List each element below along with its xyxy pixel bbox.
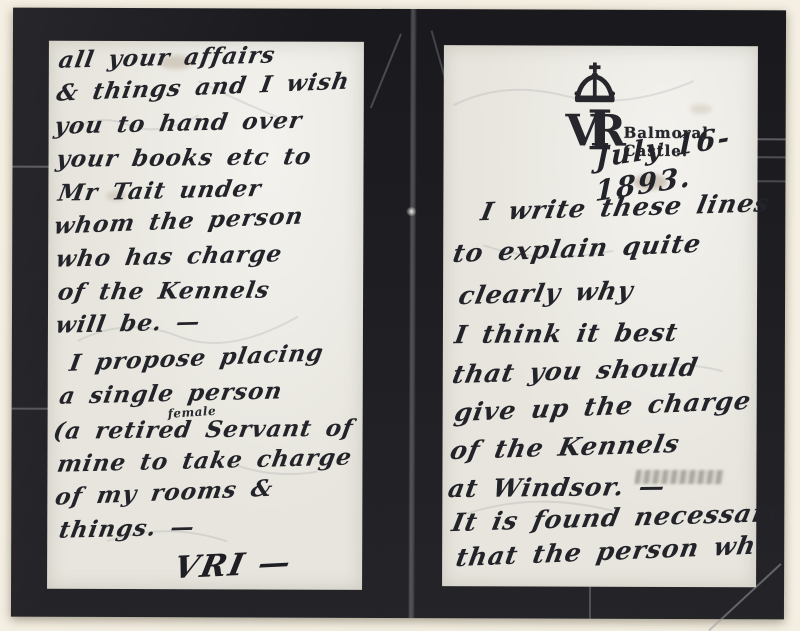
handwriting-line: of my rooms & bbox=[53, 475, 275, 511]
edge-crease bbox=[13, 166, 51, 168]
left-page: all your affairs & things and I wish you… bbox=[47, 41, 364, 590]
top-fold-crease-left bbox=[370, 34, 402, 109]
handwriting-line: I think it best bbox=[453, 318, 681, 349]
fold-wear-spot bbox=[405, 207, 417, 216]
center-fold-crease bbox=[408, 9, 417, 618]
handwriting-line: at Windsor. — bbox=[446, 472, 668, 503]
handwriting-line: that the person who bbox=[454, 530, 777, 572]
handwriting-line: that you should bbox=[450, 353, 701, 390]
handwriting-line: of the Kennels bbox=[56, 277, 272, 306]
handwriting-line: I propose placing bbox=[68, 339, 326, 376]
handwriting-line: clearly why bbox=[456, 276, 636, 310]
royal-cipher-signature: VRI — bbox=[171, 545, 296, 587]
handwriting-line: who has charge bbox=[54, 240, 285, 272]
handwriting-line: give up the charge bbox=[452, 386, 753, 427]
handwriting-line: mine to take charge bbox=[55, 444, 354, 478]
handwriting-line: & things and I wish bbox=[54, 68, 351, 107]
handwriting-line: all your affairs bbox=[57, 42, 278, 74]
mourning-letter-paper: all your affairs & things and I wish you… bbox=[11, 8, 786, 620]
handwriting-line: Mr Tait under bbox=[56, 175, 264, 207]
right-page: V R I Balmoral Castle. July 16-1893. I w… bbox=[442, 45, 758, 587]
handwriting-line: you to hand over bbox=[52, 107, 304, 140]
handwriting-line: things. — bbox=[57, 514, 197, 544]
paper-stain bbox=[690, 104, 712, 114]
handwriting-line: a single person bbox=[57, 377, 284, 409]
handwriting-line: of the Kennels bbox=[448, 429, 683, 465]
handwriting-line: your books etc to bbox=[54, 143, 314, 173]
handwriting-line: will be. — bbox=[54, 308, 203, 338]
edge-crease bbox=[755, 180, 785, 182]
handwriting-line: (a retired Servant of bbox=[51, 415, 355, 445]
edge-crease bbox=[589, 582, 591, 619]
handwriting-line: to explain quite bbox=[451, 229, 704, 268]
handwriting-line: I write these lines bbox=[478, 188, 772, 226]
handwriting-line: whom the person bbox=[52, 202, 306, 239]
